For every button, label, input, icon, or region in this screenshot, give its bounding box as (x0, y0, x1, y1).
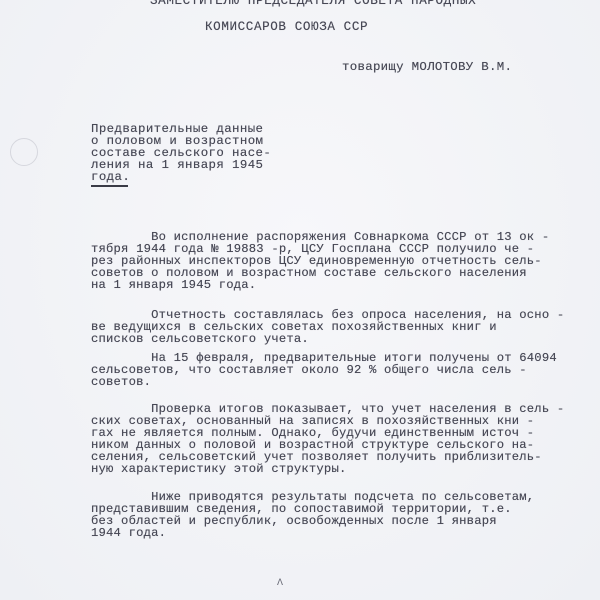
paragraph-line: советов. (91, 377, 151, 389)
paragraph-line: 1944 года. (91, 528, 166, 540)
addressee: товарищу МОЛОТОВУ В.М. (342, 62, 512, 74)
subject-line-5: года. (91, 171, 130, 183)
document-page: ЗАМЕСТИТЕЛЮ ПРЕДСЕДАТЕЛЯ СОВЕТА НАРОДНЫХ… (0, 0, 600, 600)
paragraph-line: ную характеристику этой структуры. (91, 464, 346, 476)
subject-underline (91, 185, 128, 187)
page-mark: Λ (277, 578, 283, 589)
paragraph-line: сельсоветов, что составляет около 92 % о… (91, 365, 527, 377)
paragraph-line: списков сельсоветского учета. (91, 334, 309, 346)
paragraph-line: на 1 января 1945 года. (91, 280, 256, 292)
punch-hole-mark (10, 138, 38, 166)
header-line-2: КОМИССАРОВ СОЮЗА ССР (205, 22, 368, 34)
header-line-1: ЗАМЕСТИТЕЛЮ ПРЕДСЕДАТЕЛЯ СОВЕТА НАРОДНЫХ (150, 0, 476, 8)
